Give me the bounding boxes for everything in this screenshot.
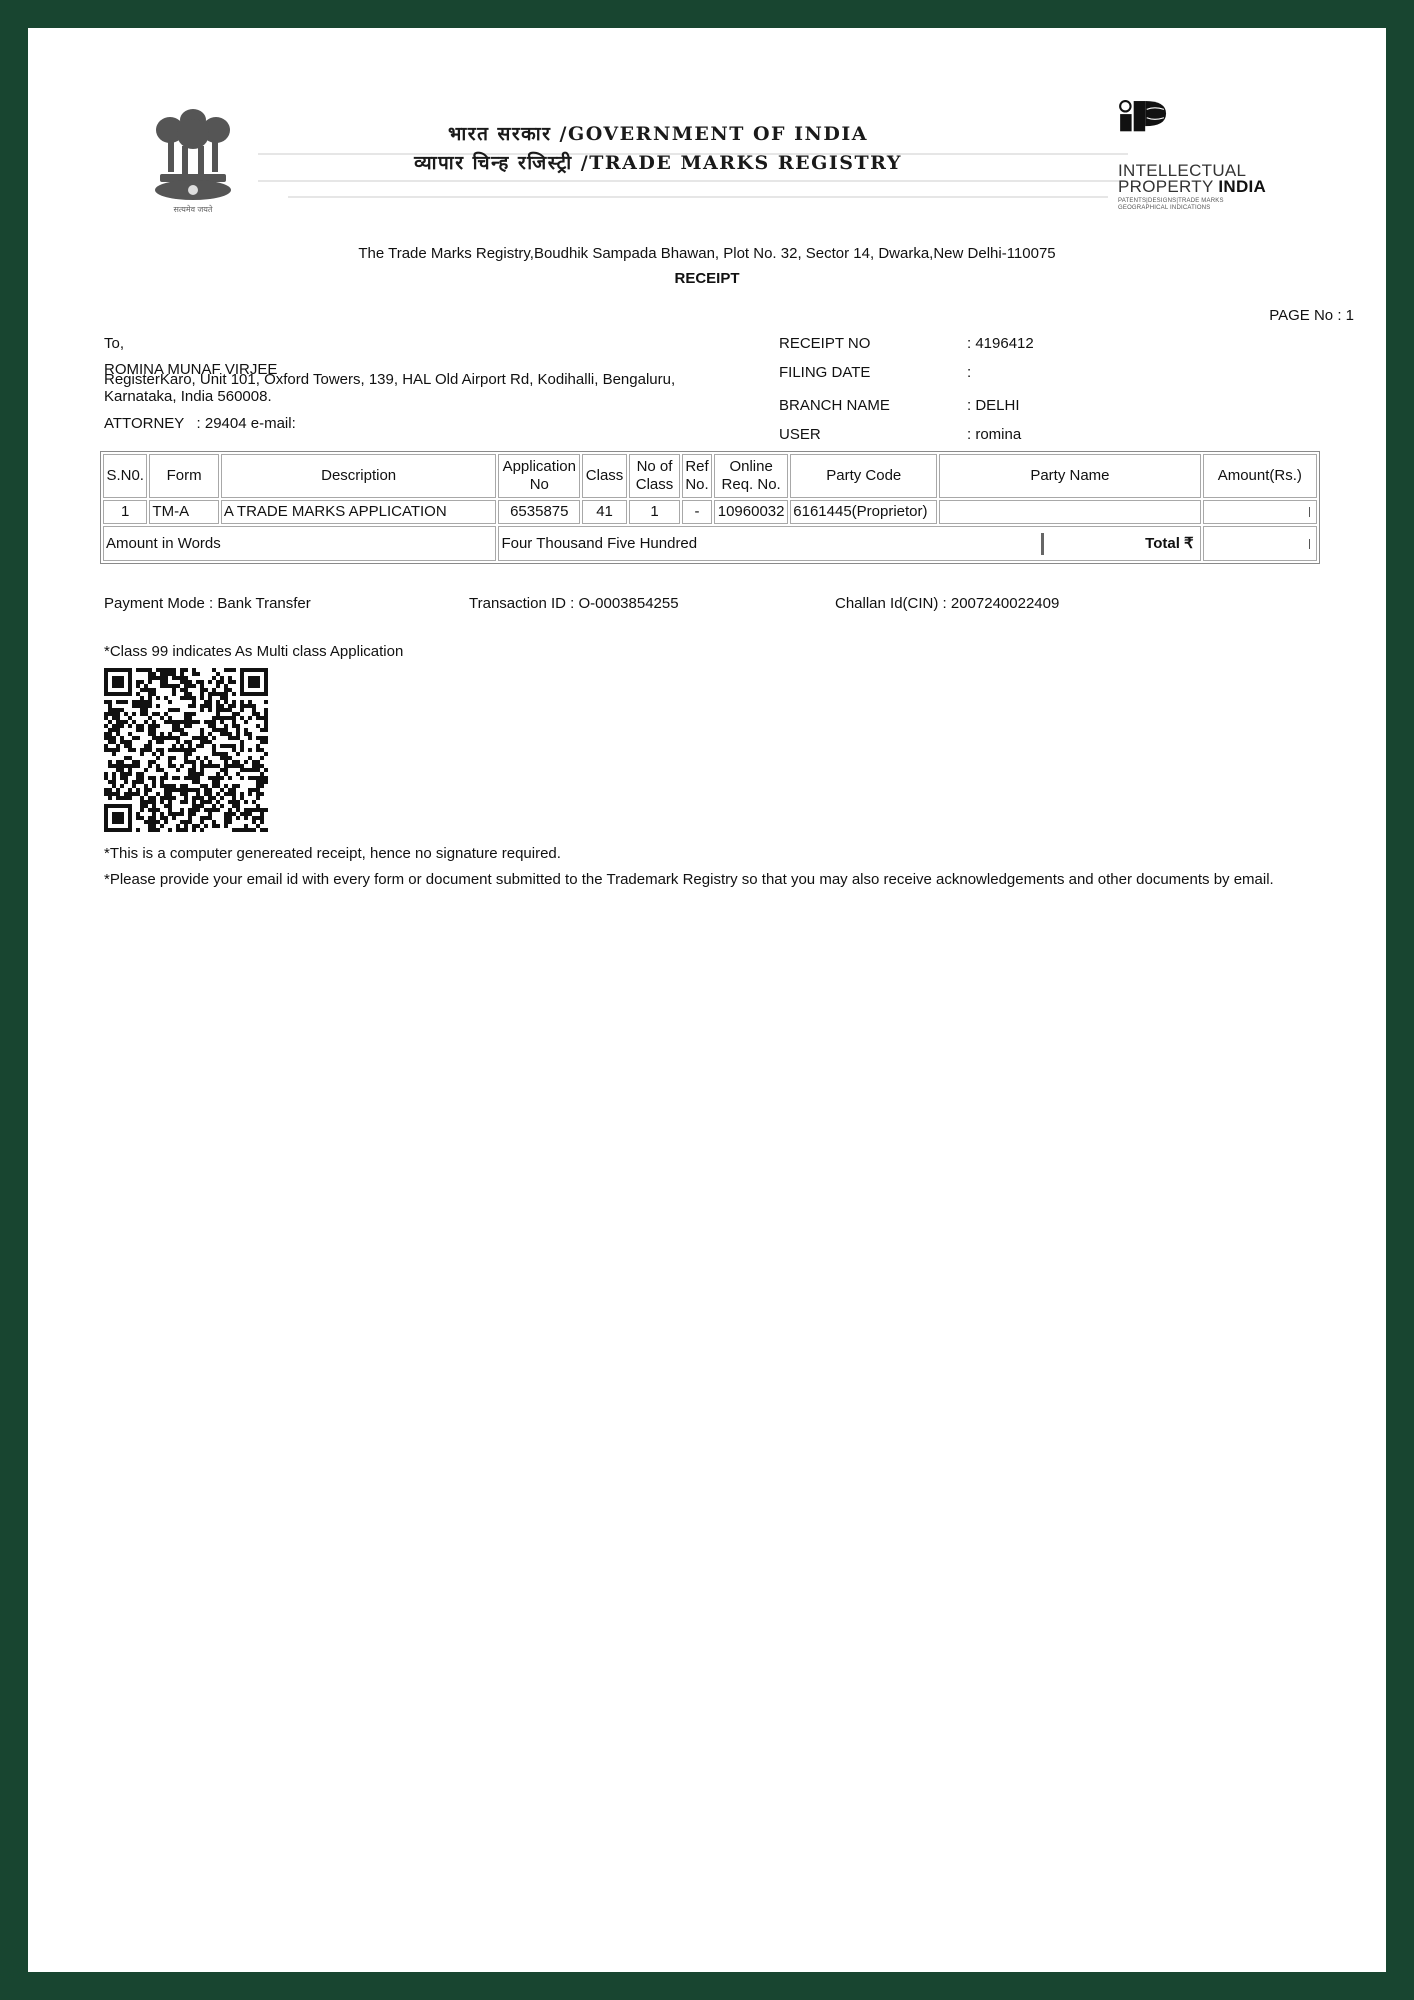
national-emblem-icon: सत्यमेव जयते [138,98,248,218]
recipient-block: To, ROMINA MUNAF VIRJEE RegisterKaro, Un… [104,335,744,432]
email-request-note: *Please provide your email id with every… [104,871,1334,889]
class-99-note: *Class 99 indicates As Multi class Appli… [104,643,403,660]
attorney-line: ATTORNEY : 29404 e-mail: [104,415,744,432]
divider-mark [1041,533,1044,555]
receipt-title: RECEIPT [28,270,1386,287]
qr-code-icon [104,668,268,832]
recipient-address: RegisterKaro, Unit 101, Oxford Towers, 1… [104,371,744,405]
receipt-page: सत्यमेव जयते भारत सरकार /GOVERNMENT OF I… [28,28,1386,1972]
transaction-id: Transaction ID : O-0003854255 [469,595,679,612]
to-label: To, [104,335,744,352]
amount-in-words-cell: Four Thousand Five Hundred Total ₹ [498,526,1200,561]
col-class: Class [582,454,627,498]
payment-mode: Payment Mode : Bank Transfer [104,595,311,612]
page-number: PAGE No : 1 [1269,307,1354,324]
header-banner: सत्यमेव जयते भारत सरकार /GOVERNMENT OF I… [108,68,1308,223]
col-no-of-class: No ofClass [629,454,680,498]
cell-form: TM-A [149,500,218,524]
cell-sno: 1 [103,500,147,524]
col-amount: Amount(Rs.) [1203,454,1317,498]
col-description: Description [221,454,497,498]
meta-receipt-no: RECEIPT NO: 4196412 [779,335,1034,364]
col-sno: S.N0. [103,454,147,498]
ipi-logo-subtext: PATENTS|DESIGNS|TRADE MARKS GEOGRAPHICAL… [1118,198,1224,212]
challan-id: Challan Id(CIN) : 2007240022409 [835,595,1059,612]
government-title: भारत सरकार /GOVERNMENT OF INDIA व्यापार … [398,120,918,178]
fee-table: S.N0. Form Description ApplicationNo Cla… [100,451,1320,564]
faded-background-line [288,196,1108,198]
table-row: 1 TM-A A TRADE MARKS APPLICATION 6535875… [103,500,1317,524]
total-value [1203,526,1317,561]
cell-party-code: 6161445(Proprietor) [790,500,937,524]
computer-generated-note: *This is a computer genereated receipt, … [104,845,561,862]
receipt-meta: RECEIPT NO: 4196412 FILING DATE: BRANCH … [779,335,1034,455]
col-party-code: Party Code [790,454,937,498]
col-ref-no: RefNo. [682,454,712,498]
amount-in-words-label: Amount in Words [103,526,496,561]
cell-party-name [939,500,1200,524]
cell-amount [1203,500,1317,524]
intellectual-property-india-logo-icon [1118,100,1212,160]
col-form: Form [149,454,218,498]
table-header-row: S.N0. Form Description ApplicationNo Cla… [103,454,1317,498]
svg-text:सत्यमेव जयते: सत्यमेव जयते [174,204,213,214]
col-party-name: Party Name [939,454,1200,498]
total-label: Total ₹ [1145,535,1193,553]
col-application-no: ApplicationNo [498,454,580,498]
ipi-logo-text: INTELLECTUAL PROPERTY INDIA [1118,163,1266,195]
total-row: Amount in Words Four Thousand Five Hundr… [103,526,1317,561]
cell-no-of-class: 1 [629,500,680,524]
cell-class: 41 [582,500,627,524]
meta-filing-date: FILING DATE: [779,364,1034,393]
registry-address: The Trade Marks Registry,Boudhik Sampada… [28,245,1386,262]
meta-branch-name: BRANCH NAME: DELHI [779,397,1034,426]
cell-description: A TRADE MARKS APPLICATION [221,500,497,524]
col-online-req-no: OnlineReq. No. [714,454,788,498]
amount-in-words-value: Four Thousand Five Hundred [501,535,697,552]
faded-background-line [258,180,1128,182]
cell-online-req-no: 10960032 [714,500,788,524]
cell-ref-no: - [682,500,712,524]
cell-application-no: 6535875 [498,500,580,524]
